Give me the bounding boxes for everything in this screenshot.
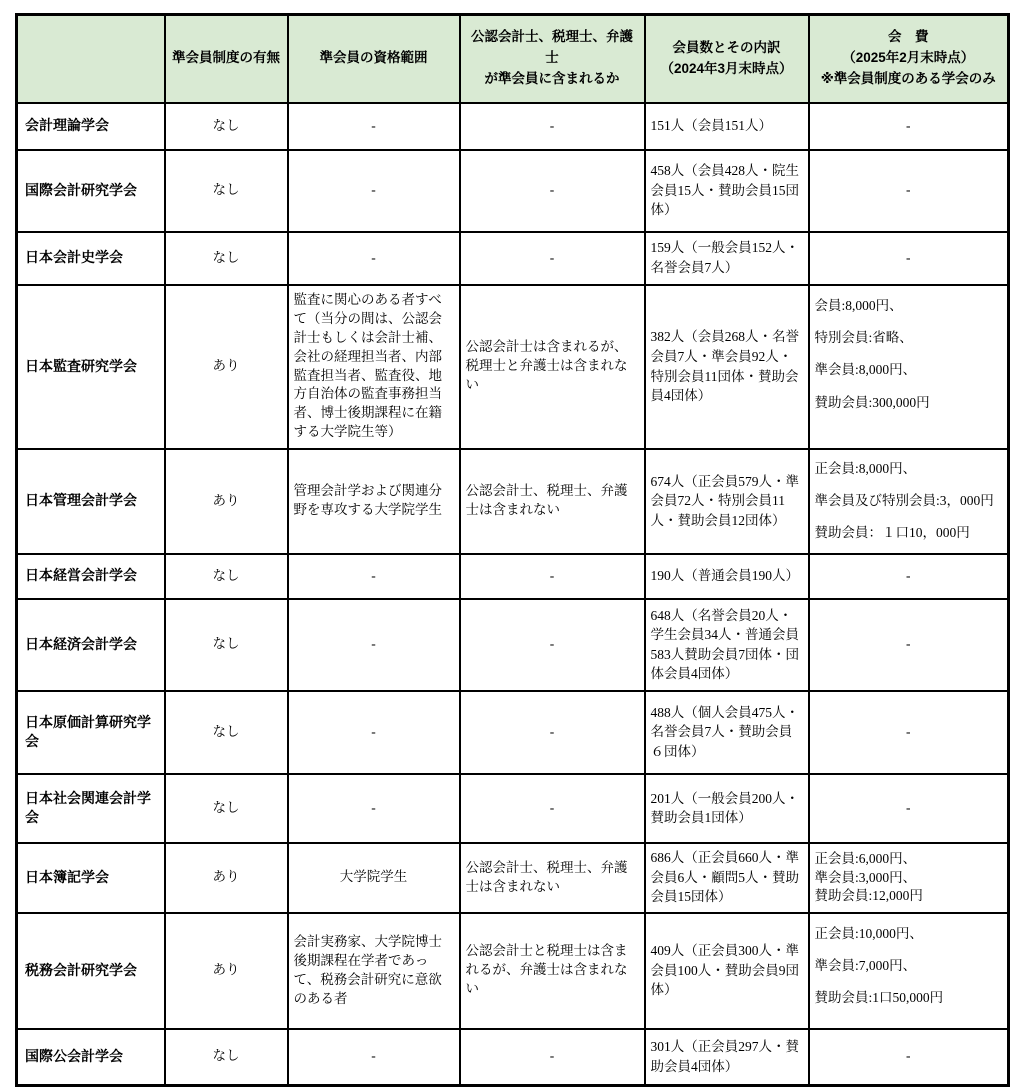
- members-cell: 458人（会員428人・院生会員15人・賛助会員15団体）: [645, 150, 809, 232]
- members-cell: 409人（正会員300人・準会員100人・賛助会員9団体）: [645, 913, 809, 1029]
- fee-cell: 正会員:6,000円、 準会員:3,000円、 賛助会員:12,000円: [809, 843, 1009, 913]
- fee-cell: -: [809, 150, 1009, 232]
- members-cell: 382人（会員268人・名誉会員7人・準会員92人・特別会員11団体・賛助会員4…: [645, 285, 809, 449]
- society-row: 日本会計史学会 なし - - 159人（一般会員152人・名誉会員7人） -: [17, 232, 1009, 285]
- included-cell: -: [460, 774, 645, 843]
- header-cell-included: 公認会計士、税理士、弁護士 が準会員に含まれるか: [460, 15, 645, 103]
- scope-cell: -: [288, 599, 460, 691]
- members-cell: 159人（一般会員152人・名誉会員7人）: [645, 232, 809, 285]
- included-cell: -: [460, 150, 645, 232]
- society-name-cell: 国際会計研究学会: [17, 150, 165, 232]
- members-cell: 201人（一般会員200人・賛助会員1団体）: [645, 774, 809, 843]
- society-row: 日本管理会計学会 あり 管理会計学および関連分野を専攻する大学院学生 公認会計士…: [17, 449, 1009, 554]
- scope-cell: 大学院学生: [288, 843, 460, 913]
- members-cell: 488人（個人会員475人・名誉会員7人・賛助会員６団体）: [645, 691, 809, 774]
- assoc-system-cell: なし: [165, 1029, 288, 1086]
- fee-cell: -: [809, 232, 1009, 285]
- fee-cell: 正会員:8,000円、 準会員及び特別会員:3，000円 賛助会員：１口10，0…: [809, 449, 1009, 554]
- header-cell-fee: 会 費 （2025年2月末時点） ※準会員制度のある学会のみ: [809, 15, 1009, 103]
- society-row: 日本監査研究学会 あり 監査に関心のある者すべて（当分の間は、公認会計士もしくは…: [17, 285, 1009, 449]
- society-row: 日本社会関連会計学会 なし - - 201人（一般会員200人・賛助会員1団体）…: [17, 774, 1009, 843]
- included-cell: 公認会計士、税理士、弁護士は含まれない: [460, 843, 645, 913]
- fee-cell: -: [809, 1029, 1009, 1086]
- societies-table: 準会員制度の有無 準会員の資格範囲 公認会計士、税理士、弁護士 が準会員に含まれ…: [15, 13, 1010, 1087]
- assoc-system-cell: なし: [165, 599, 288, 691]
- included-cell: 公認会計士と税理士は含まれるが、弁護士は含まれない: [460, 913, 645, 1029]
- scope-cell: 監査に関心のある者すべて（当分の間は、公認会計士もしくは会計士補、会社の経理担当…: [288, 285, 460, 449]
- scope-cell: -: [288, 150, 460, 232]
- included-cell: -: [460, 554, 645, 599]
- assoc-system-cell: なし: [165, 150, 288, 232]
- society-name-cell: 会計理論学会: [17, 103, 165, 150]
- scope-cell: -: [288, 691, 460, 774]
- society-name-cell: 日本管理会計学会: [17, 449, 165, 554]
- header-cell-scope: 準会員の資格範囲: [288, 15, 460, 103]
- header-cell-assoc-system: 準会員制度の有無: [165, 15, 288, 103]
- members-cell: 674人（正会員579人・準会員72人・特別会員11人・賛助会員12団体）: [645, 449, 809, 554]
- society-row: 日本経営会計学会 なし - - 190人（普通会員190人） -: [17, 554, 1009, 599]
- society-row: 日本経済会計学会 なし - - 648人（名誉会員20人・学生会員34人・普通会…: [17, 599, 1009, 691]
- scope-cell: -: [288, 103, 460, 150]
- society-row: 国際公会計学会 なし - - 301人（正会員297人・賛助会員4団体） -: [17, 1029, 1009, 1086]
- fee-cell: 正会員:10,000円、 準会員:7,000円、 賛助会員:1口50,000円: [809, 913, 1009, 1029]
- included-cell: -: [460, 691, 645, 774]
- society-name-cell: 日本原価計算研究学会: [17, 691, 165, 774]
- society-name-cell: 税務会計研究学会: [17, 913, 165, 1029]
- assoc-system-cell: なし: [165, 691, 288, 774]
- page: 準会員制度の有無 準会員の資格範囲 公認会計士、税理士、弁護士 が準会員に含まれ…: [0, 0, 1024, 1088]
- society-row: 国際会計研究学会 なし - - 458人（会員428人・院生会員15人・賛助会員…: [17, 150, 1009, 232]
- scope-cell: -: [288, 1029, 460, 1086]
- members-cell: 648人（名誉会員20人・学生会員34人・普通会員583人賛助会員7団体・団体会…: [645, 599, 809, 691]
- members-cell: 301人（正会員297人・賛助会員4団体）: [645, 1029, 809, 1086]
- assoc-system-cell: なし: [165, 103, 288, 150]
- members-cell: 190人（普通会員190人）: [645, 554, 809, 599]
- assoc-system-cell: なし: [165, 554, 288, 599]
- society-name-cell: 日本会計史学会: [17, 232, 165, 285]
- table-header-row: 準会員制度の有無 準会員の資格範囲 公認会計士、税理士、弁護士 が準会員に含まれ…: [17, 15, 1009, 103]
- scope-cell: -: [288, 232, 460, 285]
- fee-cell: -: [809, 691, 1009, 774]
- included-cell: -: [460, 103, 645, 150]
- fee-cell: -: [809, 554, 1009, 599]
- scope-cell: -: [288, 554, 460, 599]
- assoc-system-cell: あり: [165, 913, 288, 1029]
- assoc-system-cell: なし: [165, 774, 288, 843]
- included-cell: 公認会計士は含まれるが、税理士と弁護士は含まれない: [460, 285, 645, 449]
- society-name-cell: 日本経済会計学会: [17, 599, 165, 691]
- assoc-system-cell: あり: [165, 843, 288, 913]
- members-cell: 151人（会員151人）: [645, 103, 809, 150]
- society-row: 日本原価計算研究学会 なし - - 488人（個人会員475人・名誉会員7人・賛…: [17, 691, 1009, 774]
- society-row: 会計理論学会 なし - - 151人（会員151人） -: [17, 103, 1009, 150]
- fee-cell: -: [809, 599, 1009, 691]
- included-cell: -: [460, 1029, 645, 1086]
- included-cell: -: [460, 599, 645, 691]
- members-cell: 686人（正会員660人・準会員6人・顧問5人・賛助会員15団体）: [645, 843, 809, 913]
- society-name-cell: 日本簿記学会: [17, 843, 165, 913]
- fee-cell: 会員:8,000円、 特別会員:省略、 準会員:8,000円、 賛助会員:300…: [809, 285, 1009, 449]
- included-cell: -: [460, 232, 645, 285]
- included-cell: 公認会計士、税理士、弁護士は含まれない: [460, 449, 645, 554]
- fee-cell: -: [809, 103, 1009, 150]
- society-name-cell: 日本経営会計学会: [17, 554, 165, 599]
- society-row: 税務会計研究学会 あり 会計実務家、大学院博士後期課程在学者であって、税務会計研…: [17, 913, 1009, 1029]
- scope-cell: 会計実務家、大学院博士後期課程在学者であって、税務会計研究に意欲のある者: [288, 913, 460, 1029]
- assoc-system-cell: なし: [165, 232, 288, 285]
- fee-cell: -: [809, 774, 1009, 843]
- header-cell-members: 会員数とその内訳 （2024年3月末時点）: [645, 15, 809, 103]
- scope-cell: 管理会計学および関連分野を専攻する大学院学生: [288, 449, 460, 554]
- society-name-cell: 国際公会計学会: [17, 1029, 165, 1086]
- assoc-system-cell: あり: [165, 449, 288, 554]
- society-name-cell: 日本監査研究学会: [17, 285, 165, 449]
- society-row: 日本簿記学会 あり 大学院学生 公認会計士、税理士、弁護士は含まれない 686人…: [17, 843, 1009, 913]
- scope-cell: -: [288, 774, 460, 843]
- header-cell-society: [17, 15, 165, 103]
- society-name-cell: 日本社会関連会計学会: [17, 774, 165, 843]
- assoc-system-cell: あり: [165, 285, 288, 449]
